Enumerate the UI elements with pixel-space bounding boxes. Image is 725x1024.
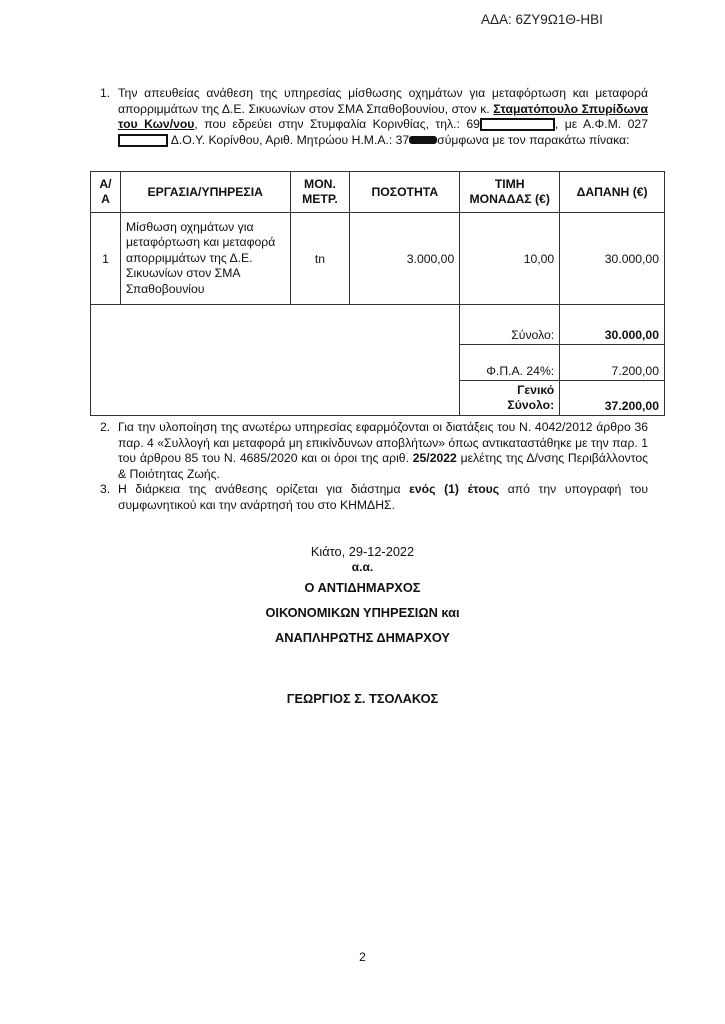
vat-label: Φ.Π.Α. 24%: [460, 345, 560, 381]
cell-service: Μίσθωση οχημάτων για μεταφόρτωση και μετ… [120, 213, 290, 305]
page-number: 2 [0, 950, 725, 964]
signatory-title-2: ΟΙΚΟΝΟΜΙΚΩΝ ΥΠΗΡΕΣΙΩΝ και [0, 605, 725, 620]
item-text: σύμφωνα με τον παρακάτω πίνακα: [437, 133, 629, 147]
signatory-title-3: ΑΝΑΠΛΗΡΩΤΗΣ ΔΗΜΑΡΧΟΥ [0, 630, 725, 645]
redacted-registry [409, 136, 437, 144]
item-number: 2. [100, 420, 110, 436]
vat-value: 7.200,00 [560, 345, 665, 381]
item-number: 1. [100, 86, 110, 102]
item-text: , που εδρεύει στην Στυμφαλία Κορινθίας, … [194, 117, 480, 131]
signatory-name: ΓΕΩΡΓΙΟΣ Σ. ΤΣΟΛΑΚΟΣ [0, 691, 725, 706]
column-header: ΜΟΝ. ΜΕΤΡ. [290, 172, 350, 213]
subtotal-value: 30.000,00 [560, 305, 665, 345]
table-row: 1 Μίσθωση οχημάτων για μεταφόρτωση και μ… [91, 213, 665, 305]
study-number: 25/2022 [413, 451, 457, 465]
on-behalf: α.α. [0, 560, 725, 574]
decision-item-2: 2. Για την υλοποίηση της ανωτέρω υπηρεσί… [100, 420, 648, 514]
cell-unit-price: 10,00 [460, 213, 560, 305]
redacted-phone [480, 118, 555, 131]
decision-item-3: 3. Η διάρκεια της ανάθεσης ορίζεται για … [100, 482, 648, 513]
table-header-row: Α/Α ΕΡΓΑΣΙΑ/ΥΠΗΡΕΣΙΑ ΜΟΝ. ΜΕΤΡ. ΠΟΣΟΤΗΤΑ… [91, 172, 665, 213]
subtotal-label: Σύνολο: [460, 305, 560, 345]
empty-cell [91, 305, 460, 416]
subtotal-row: Σύνολο: 30.000,00 [91, 305, 665, 345]
grand-total-value: 37.200,00 [560, 381, 665, 416]
redacted-afm [118, 134, 168, 147]
column-header: Α/Α [91, 172, 121, 213]
signatory-title-1: Ο ΑΝΤΙΔΗΜΑΡΧΟΣ [0, 580, 725, 595]
cell-unit: tn [290, 213, 350, 305]
column-header: ΕΡΓΑΣΙΑ/ΥΠΗΡΕΣΙΑ [120, 172, 290, 213]
item-text: Δ.Ο.Υ. Κορίνθου, Αριθ. Μητρώου Η.Μ.Α.: 3… [168, 133, 409, 147]
item-number: 3. [100, 482, 110, 498]
item-text: Η διάρκεια της ανάθεσης ορίζεται για διά… [118, 482, 409, 496]
column-header: ΠΟΣΟΤΗΤΑ [350, 172, 460, 213]
column-header: ΔΑΠΑΝΗ (€) [560, 172, 665, 213]
cost-table: Α/Α ΕΡΓΑΣΙΑ/ΥΠΗΡΕΣΙΑ ΜΟΝ. ΜΕΤΡ. ΠΟΣΟΤΗΤΑ… [90, 171, 665, 416]
place-date: Κιάτο, 29-12-2022 [0, 544, 725, 559]
cell-cost: 30.000,00 [560, 213, 665, 305]
item-text: , με Α.Φ.Μ. 027 [555, 117, 648, 131]
duration: ενός (1) έτους [409, 482, 499, 496]
cell-quantity: 3.000,00 [350, 213, 460, 305]
ada-code: ΑΔΑ: 6ΖΥ9Ω1Θ-ΗΒΙ [481, 12, 603, 27]
column-header: ΤΙΜΗ ΜΟΝΑΔΑΣ (€) [460, 172, 560, 213]
cell-aa: 1 [91, 213, 121, 305]
grand-total-label: Γενικό Σύνολο: [460, 381, 560, 416]
decision-item-1: 1. Την απευθείας ανάθεση της υπηρεσίας μ… [100, 86, 648, 148]
